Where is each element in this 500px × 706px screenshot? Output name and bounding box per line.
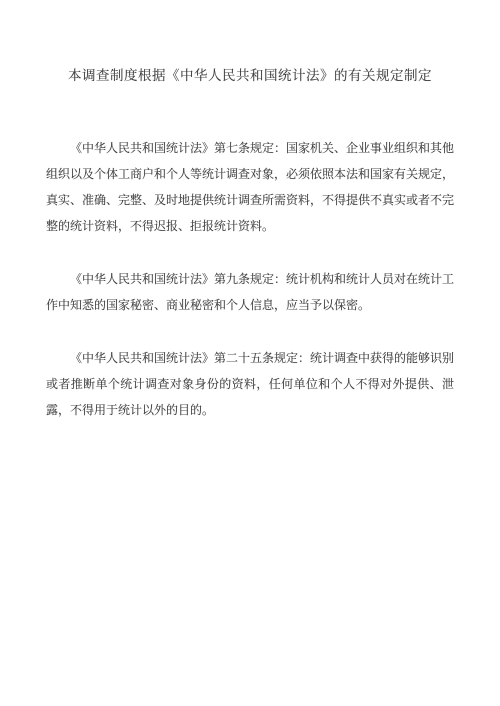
document-body: 《中华人民共和国统计法》第七条规定：国家机关、企业事业组织和其他组织以及个体工商… xyxy=(46,135,454,423)
document-title: 本调查制度根据《中华人民共和国统计法》的有关规定制定 xyxy=(38,66,462,86)
document-page: 本调查制度根据《中华人民共和国统计法》的有关规定制定 《中华人民共和国统计法》第… xyxy=(0,0,500,706)
paragraph-law-article-25: 《中华人民共和国统计法》第二十五条规定：统计调查中获得的能够识别或者推断单个统计… xyxy=(46,345,454,423)
paragraph-law-article-9: 《中华人民共和国统计法》第九条规定：统计机构和统计人员对在统计工作中知悉的国家秘… xyxy=(46,266,454,318)
paragraph-law-article-7: 《中华人民共和国统计法》第七条规定：国家机关、企业事业组织和其他组织以及个体工商… xyxy=(46,135,454,239)
